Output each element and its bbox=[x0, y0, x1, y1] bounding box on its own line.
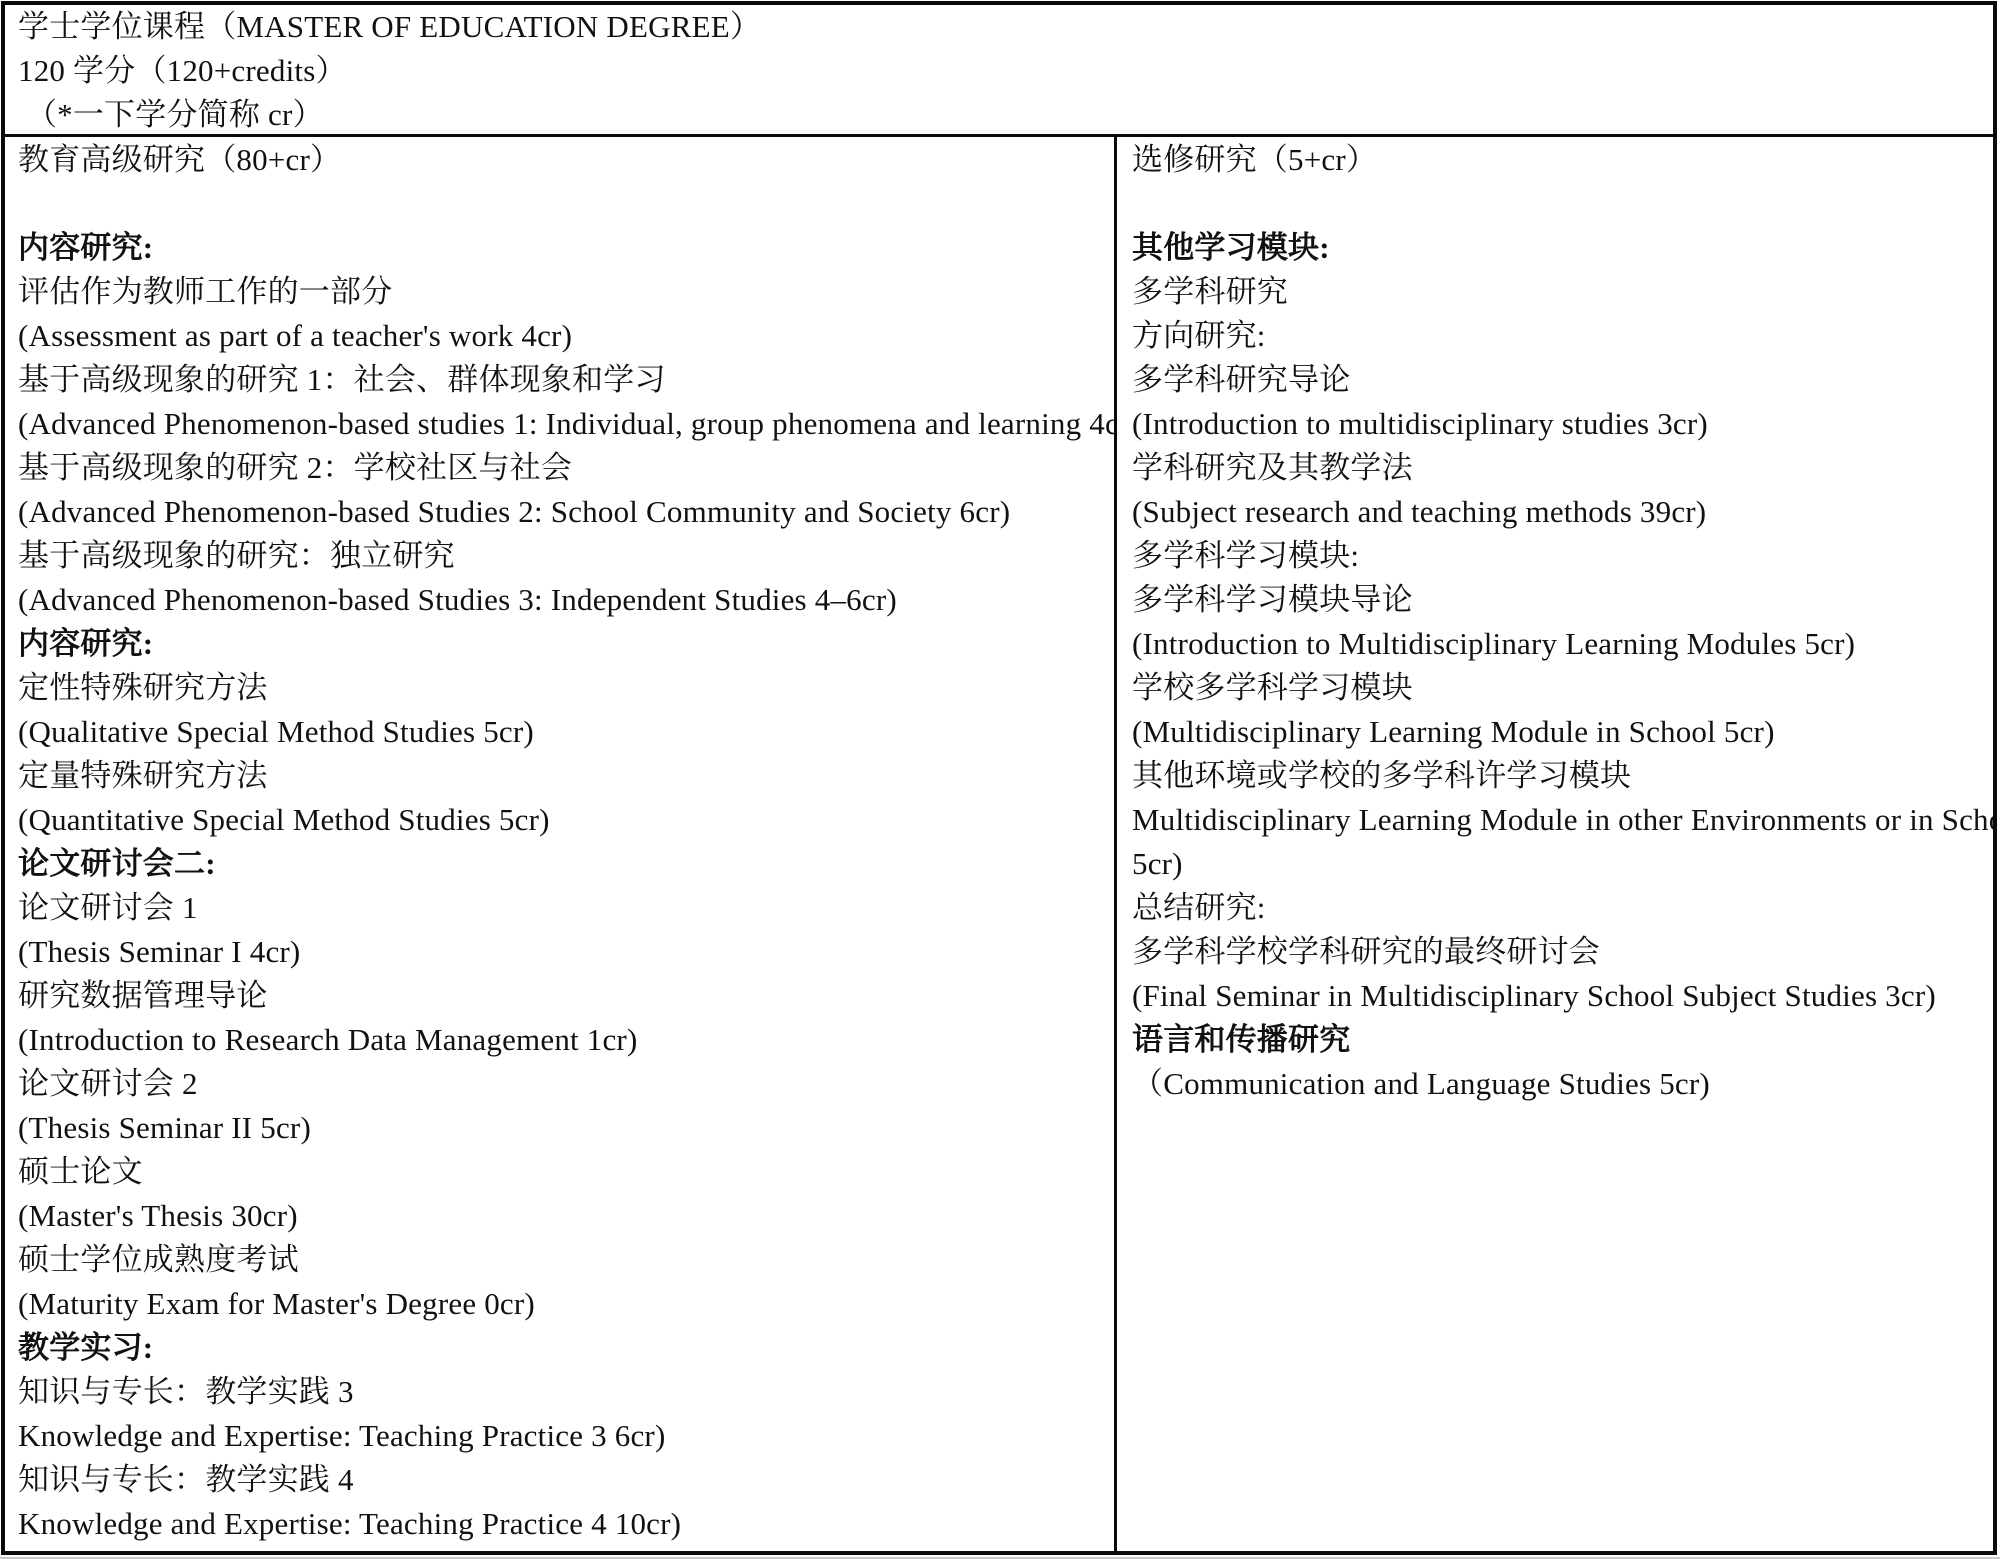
text-line: (Advanced Phenomenon-based Studies 3: In… bbox=[18, 578, 1114, 622]
text-line: (Maturity Exam for Master's Degree 0cr) bbox=[18, 1282, 1114, 1326]
text-line: (Assessment as part of a teacher's work … bbox=[18, 314, 1114, 358]
text-line: 120 学分（120+credits） bbox=[18, 49, 1993, 93]
text-line: 定性特殊研究方法 bbox=[18, 666, 1114, 710]
text-line: Knowledge and Expertise: Teaching Practi… bbox=[18, 1502, 1114, 1546]
text-line: Multidisciplinary Learning Module in oth… bbox=[1132, 798, 1993, 842]
text-line: 知识与专长：教学实践 3 bbox=[18, 1370, 1114, 1414]
text-line: (Final Seminar in Multidisciplinary Scho… bbox=[1132, 974, 1993, 1018]
text-line: （*一下学分简称 cr） bbox=[18, 93, 1993, 137]
text-line: 选修研究（5+cr） bbox=[1132, 138, 1993, 182]
text-line: 定量特殊研究方法 bbox=[18, 754, 1114, 798]
text-line: 论文研讨会二: bbox=[18, 842, 1114, 886]
text-line: (Introduction to multidisciplinary studi… bbox=[1132, 402, 1993, 446]
text-line: 基于高级现象的研究 2：学校社区与社会 bbox=[18, 446, 1114, 490]
document-page: 学士学位课程（MASTER OF EDUCATION DEGREE）120 学分… bbox=[0, 0, 2000, 1559]
text-line bbox=[1132, 182, 1993, 226]
text-line: 硕士学位成熟度考试 bbox=[18, 1238, 1114, 1282]
text-line: 教学实习: bbox=[18, 1326, 1114, 1370]
text-line: 论文研讨会 2 bbox=[18, 1062, 1114, 1106]
text-line: Knowledge and Expertise: Teaching Practi… bbox=[18, 1414, 1114, 1458]
text-line: 内容研究: bbox=[18, 622, 1114, 666]
text-line: (Advanced Phenomenon-based Studies 2: Sc… bbox=[18, 490, 1114, 534]
text-line: （Communication and Language Studies 5cr) bbox=[1132, 1062, 1993, 1106]
text-line: 知识与专长：教学实践 4 bbox=[18, 1458, 1114, 1502]
text-line: 学士学位课程（MASTER OF EDUCATION DEGREE） bbox=[18, 5, 1993, 49]
text-line: 基于高级现象的研究 1：社会、群体现象和学习 bbox=[18, 358, 1114, 402]
text-line: (Master's Thesis 30cr) bbox=[18, 1194, 1114, 1238]
text-line: 多学科研究 bbox=[1132, 270, 1993, 314]
text-line bbox=[18, 182, 1114, 226]
text-line: 方向研究: bbox=[1132, 314, 1993, 358]
text-line: 总结研究: bbox=[1132, 886, 1993, 930]
text-line: 多学科学习模块导论 bbox=[1132, 578, 1993, 622]
right-column-elective-studies: 选修研究（5+cr） 其他学习模块:多学科研究方向研究:多学科研究导论(Intr… bbox=[1117, 137, 1993, 1552]
text-line: (Multidisciplinary Learning Module in Sc… bbox=[1132, 710, 1993, 754]
text-line: 其他学习模块: bbox=[1132, 226, 1993, 270]
text-line: (Introduction to Research Data Managemen… bbox=[18, 1018, 1114, 1062]
text-line: (Thesis Seminar I 4cr) bbox=[18, 930, 1114, 974]
text-line: (Quantitative Special Method Studies 5cr… bbox=[18, 798, 1114, 842]
left-column-advanced-studies: 教育高级研究（80+cr） 内容研究:评估作为教师工作的一部分(Assessme… bbox=[5, 137, 1117, 1552]
text-line: 评估作为教师工作的一部分 bbox=[18, 270, 1114, 314]
text-line: 5cr) bbox=[1132, 842, 1993, 886]
text-line: (Advanced Phenomenon-based studies 1: In… bbox=[18, 402, 1114, 446]
text-line: 多学科学校学科研究的最终研讨会 bbox=[1132, 930, 1993, 974]
text-line: 其他环境或学校的多学科许学习模块 bbox=[1132, 754, 1993, 798]
text-line: (Thesis Seminar II 5cr) bbox=[18, 1106, 1114, 1150]
text-line: 语言和传播研究 bbox=[1132, 1018, 1993, 1062]
text-line: (Introduction to Multidisciplinary Learn… bbox=[1132, 622, 1993, 666]
text-line: (Qualitative Special Method Studies 5cr) bbox=[18, 710, 1114, 754]
text-line: 学科研究及其教学法 bbox=[1132, 446, 1993, 490]
text-line: 多学科研究导论 bbox=[1132, 358, 1993, 402]
text-line: 硕士论文 bbox=[18, 1150, 1114, 1194]
text-line: (Subject research and teaching methods 3… bbox=[1132, 490, 1993, 534]
table-header-cell: 学士学位课程（MASTER OF EDUCATION DEGREE）120 学分… bbox=[5, 5, 1993, 137]
text-line: 学校多学科学习模块 bbox=[1132, 666, 1993, 710]
text-line: 内容研究: bbox=[18, 226, 1114, 270]
text-line: 基于高级现象的研究：独立研究 bbox=[18, 534, 1114, 578]
text-line: 论文研讨会 1 bbox=[18, 886, 1114, 930]
text-line: 多学科学习模块: bbox=[1132, 534, 1993, 578]
curriculum-table: 学士学位课程（MASTER OF EDUCATION DEGREE）120 学分… bbox=[1, 1, 1997, 1555]
table-body-row: 教育高级研究（80+cr） 内容研究:评估作为教师工作的一部分(Assessme… bbox=[5, 137, 1993, 1552]
text-line: 研究数据管理导论 bbox=[18, 974, 1114, 1018]
text-line: 教育高级研究（80+cr） bbox=[18, 138, 1114, 182]
